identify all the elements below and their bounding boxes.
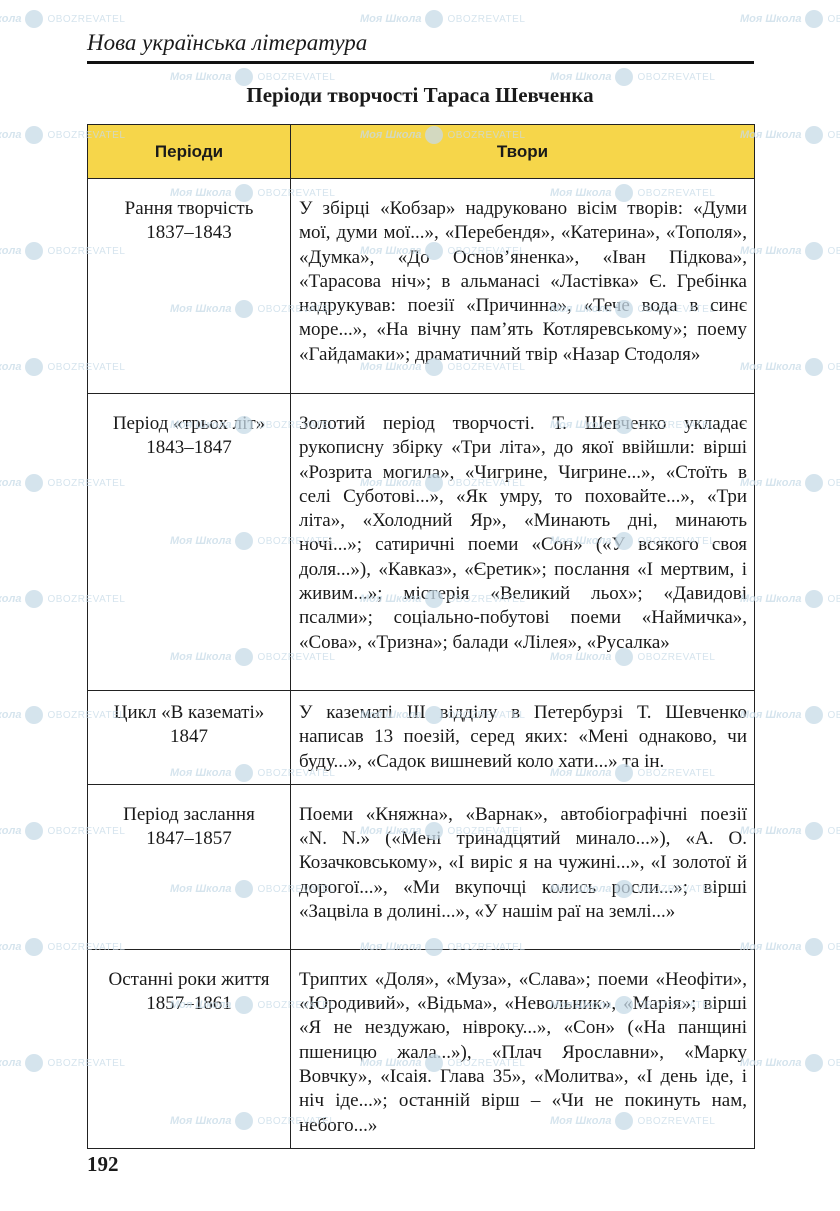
watermark-logo-icon	[805, 822, 823, 840]
page-number: 192	[87, 1152, 119, 1177]
period-years: 1847–1857	[92, 827, 286, 851]
watermark-logo-icon	[25, 590, 43, 608]
watermark-logo-icon	[805, 474, 823, 492]
periods-table: Періоди Твори Рання творчість 1837–1843 …	[87, 124, 755, 1149]
works-cell: Золотий період творчості. Т. Шевченко ук…	[291, 394, 755, 691]
watermark-logo-icon	[25, 706, 43, 724]
watermark: Моя ШколаOBOZREVATEL	[740, 10, 840, 28]
column-header-works: Твори	[291, 125, 755, 179]
watermark-logo-icon	[25, 822, 43, 840]
watermark: Моя ШколаOBOZREVATEL	[740, 938, 840, 956]
running-header: Нова українська література	[87, 30, 367, 56]
table-row: Цикл «В казематі» 1847 У казематі III ві…	[88, 691, 755, 785]
watermark: Моя ШколаOBOZREVATEL	[360, 10, 525, 28]
watermark: Моя ШколаOBOZREVATEL	[740, 474, 840, 492]
watermark-logo-icon	[25, 126, 43, 144]
period-cell: Період заслання 1847–1857	[88, 784, 291, 949]
works-cell: Триптих «Доля», «Муза», «Слава»; поеми «…	[291, 949, 755, 1148]
period-years: 1847	[92, 725, 286, 749]
header-rule	[87, 61, 754, 64]
watermark-logo-icon	[25, 10, 43, 28]
period-name: Рання творчість	[92, 197, 286, 221]
period-name: Цикл «В казематі»	[92, 701, 286, 725]
watermark-logo-icon	[805, 590, 823, 608]
watermark-logo-icon	[805, 358, 823, 376]
watermark-logo-icon	[25, 358, 43, 376]
period-cell: Цикл «В казематі» 1847	[88, 691, 291, 785]
watermark: Моя ШколаOBOZREVATEL	[740, 590, 840, 608]
watermark-logo-icon	[25, 474, 43, 492]
watermark: Моя ШколаOBOZREVATEL	[0, 10, 125, 28]
works-cell: У збірці «Кобзар» надруковано вісім твор…	[291, 179, 755, 394]
watermark: Моя ШколаOBOZREVATEL	[740, 358, 840, 376]
table-row: Період «трьох літ» 1843–1847 Золотий пер…	[88, 394, 755, 691]
watermark-logo-icon	[805, 1054, 823, 1072]
watermark: Моя ШколаOBOZREVATEL	[740, 822, 840, 840]
table-row: Останні роки життя 1857–1861 Триптих «До…	[88, 949, 755, 1148]
period-years: 1843–1847	[92, 436, 286, 460]
watermark-logo-icon	[25, 938, 43, 956]
column-header-periods: Періоди	[88, 125, 291, 179]
period-name: Період заслання	[92, 803, 286, 827]
watermark-logo-icon	[425, 10, 443, 28]
period-cell: Період «трьох літ» 1843–1847	[88, 394, 291, 691]
watermark-logo-icon	[25, 242, 43, 260]
watermark-logo-icon	[805, 938, 823, 956]
works-cell: Поеми «Княжна», «Варнак», автобіографічн…	[291, 784, 755, 949]
period-years: 1837–1843	[92, 221, 286, 245]
watermark-logo-icon	[805, 706, 823, 724]
watermark-logo-icon	[805, 242, 823, 260]
watermark-logo-icon	[805, 126, 823, 144]
watermark-logo-icon	[805, 10, 823, 28]
period-name: Останні роки життя	[92, 968, 286, 992]
table-row: Рання творчість 1837–1843 У збірці «Кобз…	[88, 179, 755, 394]
watermark: Моя ШколаOBOZREVATEL	[740, 1054, 840, 1072]
page-title: Періоди творчості Тараса Шевченка	[0, 83, 840, 108]
table-row: Період заслання 1847–1857 Поеми «Княжна»…	[88, 784, 755, 949]
watermark-logo-icon	[25, 1054, 43, 1072]
table-header-row: Періоди Твори	[88, 125, 755, 179]
period-name: Період «трьох літ»	[92, 412, 286, 436]
watermark: Моя ШколаOBOZREVATEL	[740, 126, 840, 144]
period-years: 1857–1861	[92, 992, 286, 1016]
period-cell: Рання творчість 1837–1843	[88, 179, 291, 394]
watermark: Моя ШколаOBOZREVATEL	[740, 242, 840, 260]
watermark: Моя ШколаOBOZREVATEL	[740, 706, 840, 724]
works-cell: У казематі III відділу в Петербурзі Т. Ш…	[291, 691, 755, 785]
period-cell: Останні роки життя 1857–1861	[88, 949, 291, 1148]
